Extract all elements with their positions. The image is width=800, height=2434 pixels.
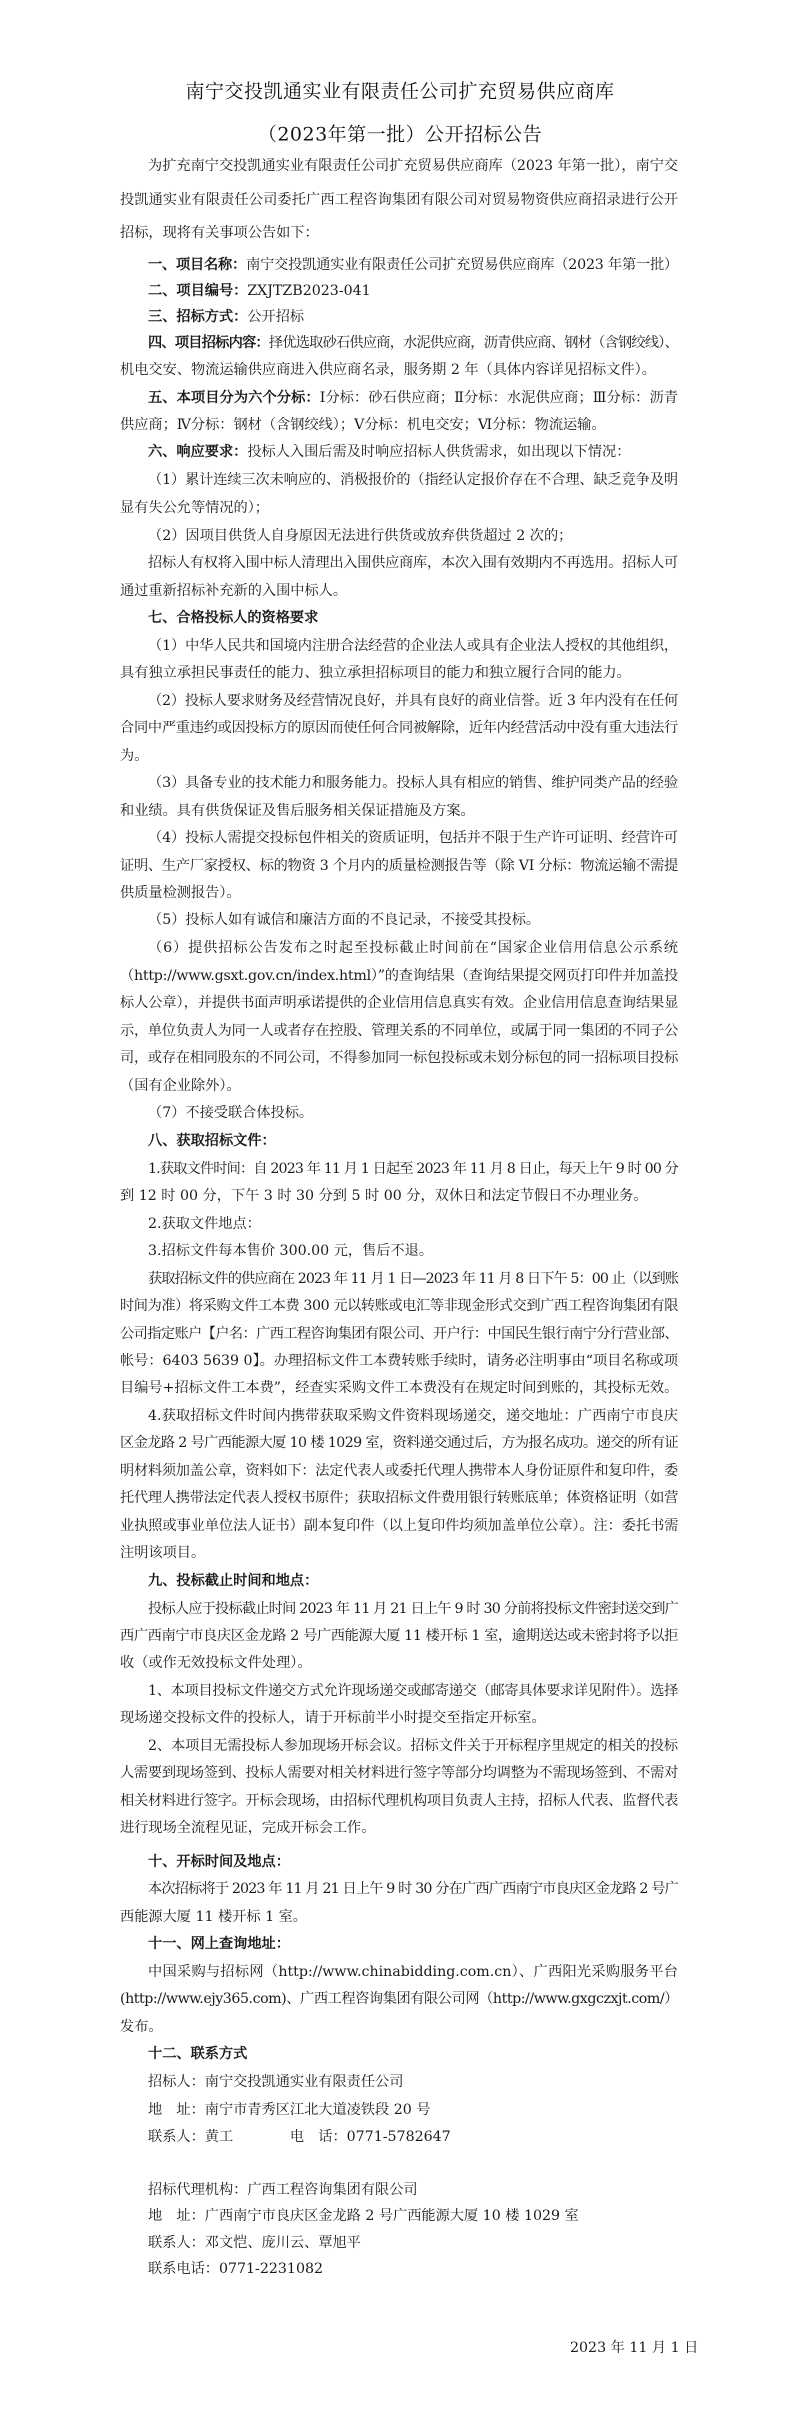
line-text: 联系电话：0771-2231082: [148, 2261, 323, 2277]
line-text: 投标人入围后需及时响应招标人供货需求，如出现以下情况：: [247, 444, 630, 460]
body-text-line: （1）中华人民共和国境内注册合法经营的企业法人或具有企业法人授权的其他组织，: [148, 637, 678, 655]
line-text: 1.获取文件时间：自 2023 年 11 月 1 日起至 2023 年 11 月…: [148, 1161, 678, 1177]
body-text-line: 时间为准）将采购文件工本费 300 元以转账或电汇等非现金形式交到广西工程咨询集…: [120, 1297, 678, 1315]
body-text-line: 地 址：南宁市青秀区江北大道凌铁段 20 号: [148, 2101, 678, 2119]
body-text-line: 现场递交投标文件的投标人，请于开标前半小时提交至指定开标室。: [120, 1709, 678, 1727]
line-text: 人需要到现场签到、投标人需要对相关材料进行签字等部分均调整为不需现场签到、不需对: [120, 1765, 678, 1781]
section-heading: 一、项目名称：: [148, 257, 246, 273]
line-text: 和业绩。具有供货保证及售后服务相关保证措施及方案。: [120, 803, 475, 819]
line-text: 择优选取砂石供应商，水泥供应商，沥青供应商、钢材（含钢绞线）、: [269, 335, 678, 351]
line-text: （5）投标人如有诚信和廉洁方面的不良记录，不接受其投标。: [148, 912, 540, 928]
line-text: 本次招标将于 2023 年 11 月 21 日上午 9 时 30 分在广西广西南…: [148, 1881, 678, 1897]
body-text-line: 中国采购与招标网（http://www.chinabidding.com.cn）…: [148, 1963, 678, 1981]
line-text: 显有失公允等情况的）；: [120, 500, 269, 516]
line-text: 明材料须加盖公章，资料如下：法定代表人或委托代理人携带本人身份证原件和复印件，委: [120, 1463, 678, 1479]
line-text: 2.获取文件地点：: [148, 1216, 261, 1232]
body-text-line: 1.获取文件时间：自 2023 年 11 月 1 日起至 2023 年 11 月…: [148, 1160, 678, 1178]
document-title-line1: 南宁交投凯通实业有限责任公司扩充贸易供应商库: [0, 77, 800, 104]
section-heading-line: 八、获取招标文件：: [148, 1132, 678, 1150]
body-text-line: 证明、生产厂家授权、标的物资 3 个月内的质量检测报告等（除 VI 分标：物流运…: [120, 857, 678, 875]
line-text: 时间为准）将采购文件工本费 300 元以转账或电汇等非现金形式交到广西工程咨询集…: [120, 1298, 678, 1314]
body-text-line: 明材料须加盖公章，资料如下：法定代表人或委托代理人携带本人身份证原件和复印件，委: [120, 1462, 678, 1480]
body-text-line: 地 址：广西南宁市良庆区金龙路 2 号广西能源大厦 10 楼 1029 室: [148, 2207, 678, 2225]
body-text-line: 具有独立承担民事责任的能力、独立承担招标项目的能力和独立履行合同的能力。: [120, 664, 678, 682]
body-text-line: 和业绩。具有供货保证及售后服务相关保证措施及方案。: [120, 802, 678, 820]
line-text: ZXJTZB2023-041: [247, 283, 370, 299]
body-text-line: 获取招标文件的供应商在 2023 年 11 月 1 日—2023 年 11 月 …: [148, 1270, 678, 1288]
body-text-line: 招标人：南宁交投凯通实业有限责任公司: [148, 2073, 678, 2091]
body-text-line: （4）投标人需提交投标包件相关的资质证明，包括并不限于生产许可证明、经营许可: [148, 829, 678, 847]
line-text: 为。: [120, 748, 148, 764]
line-text: Ⅰ分标：砂石供应商；Ⅱ分标：水泥供应商；Ⅲ分标：沥青: [320, 390, 678, 406]
body-text-line: 西能源大厦 11 楼开标 1 室。: [120, 1908, 678, 1926]
line-text: 获取招标文件的供应商在 2023 年 11 月 1 日—2023 年 11 月 …: [148, 1271, 678, 1287]
section-heading: 五、本项目分为六个分标：: [148, 390, 320, 406]
body-text-line: 标人公章），并提供书面声明承诺提供的企业信用信息真实有效。企业信用信息查询结果显: [120, 994, 678, 1012]
line-text: 证明、生产厂家授权、标的物资 3 个月内的质量检测报告等（除 VI 分标：物流运…: [120, 858, 678, 874]
line-text: 中国采购与招标网（http://www.chinabidding.com.cn）…: [148, 1964, 678, 1980]
section-heading-line: 四、项目招标内容：择优选取砂石供应商，水泥供应商，沥青供应商、钢材（含钢绞线）、: [148, 334, 678, 352]
line-text: 供应商；Ⅳ分标：钢材（含钢绞线）；Ⅴ分标：机电交安；Ⅵ分标：物流运输。: [120, 417, 606, 433]
line-text: （1）中华人民共和国境内注册合法经营的企业法人或具有企业法人授权的其他组织，: [148, 638, 678, 654]
body-text-line: 收（或作无效投标文件处理）。: [120, 1654, 678, 1672]
line-text: 联系人：邓文恺、庞川云、覃旭平: [148, 2235, 361, 2251]
body-text-line: 供应商；Ⅳ分标：钢材（含钢绞线）；Ⅴ分标：机电交安；Ⅵ分标：物流运输。: [120, 416, 678, 434]
body-text-line: （国有企业除外）。: [120, 1077, 678, 1095]
line-text: 联系人：黄工 电 话：0771-5782647: [148, 2129, 451, 2145]
line-text: 通过重新招标补充新的入围中标人。: [120, 583, 347, 599]
line-text: 示，单位负责人为同一人或者存在控股、管理关系的不同单位，或属于同一集团的不同子公: [120, 1023, 678, 1039]
line-text: 招标人：南宁交投凯通实业有限责任公司: [148, 2074, 403, 2090]
line-text: 3.招标文件每本售价 300.00 元，售后不退。: [148, 1243, 433, 1259]
body-text-line: 投标人应于投标截止时间 2023 年 11 月 21 日上午 9 时 30 分前…: [148, 1600, 678, 1618]
body-text-line: 2、本项目无需投标人参加现场开标会议。招标文件关于开标程序里规定的相关的投标: [148, 1737, 678, 1755]
section-heading-line: 十一、网上查询地址：: [148, 1935, 678, 1953]
line-text: 区金龙路 2 号广西能源大厦 10 楼 1029 室，资料递交通过后，方为报名成…: [120, 1435, 678, 1451]
line-text: 业执照或事业单位法人证书）副本复印件（以上复印件均须加盖单位公章）。注：委托书需: [120, 1518, 678, 1534]
body-text-line: 人需要到现场签到、投标人需要对相关材料进行签字等部分均调整为不需现场签到、不需对: [120, 1764, 678, 1782]
line-text: （3）具备专业的技术能力和服务能力。投标人具有相应的销售、维护同类产品的经验: [148, 775, 678, 791]
line-text: （2）因项目供货人自身原因无法进行供货或放弃供货超过 2 次的；: [148, 528, 572, 544]
line-text: 地 址：南宁市青秀区江北大道凌铁段 20 号: [148, 2102, 430, 2118]
section-heading: 六、响应要求：: [148, 444, 247, 460]
body-text-line: 托代理人携带法定代表人授权书原件；获取招标文件费用银行转账底单；体资格证明（如营: [120, 1489, 678, 1507]
body-text-line: 示，单位负责人为同一人或者存在控股、管理关系的不同单位，或属于同一集团的不同子公: [120, 1022, 678, 1040]
section-heading: 七、合格投标人的资格要求: [148, 610, 318, 626]
body-text-line: （6）提供招标公告发布之时起至投标截止时间前在“国家企业信用信息公示系统: [148, 939, 678, 957]
section-heading-line: 五、本项目分为六个分标：Ⅰ分标：砂石供应商；Ⅱ分标：水泥供应商；Ⅲ分标：沥青: [148, 389, 678, 407]
section-heading: 十二、联系方式: [148, 2046, 247, 2062]
body-text-line: （1）累计连续三次未响应的、消极报价的（指经认定报价存在不合理、缺乏竞争及明: [148, 471, 678, 489]
body-text-line: （7）不接受联合体投标。: [148, 1104, 678, 1122]
line-text: 发布。: [120, 2019, 163, 2035]
body-text-line: 招标代理机构：广西工程咨询集团有限公司: [148, 2181, 678, 2199]
body-text-line: 招标人有权将入围中标人清理出入围供应商库，本次入围有效期内不再选用。招标人可: [148, 554, 678, 572]
body-text-line: 公司指定账户【户名：广西工程咨询集团有限公司、开户行：中国民生银行南宁分行营业部…: [120, 1325, 678, 1343]
section-heading: 四、项目招标内容：: [148, 335, 269, 351]
body-text-line: （2）因项目供货人自身原因无法进行供货或放弃供货超过 2 次的；: [148, 527, 678, 545]
line-text: 公司指定账户【户名：广西工程咨询集团有限公司、开户行：中国民生银行南宁分行营业部…: [120, 1326, 678, 1342]
body-text-line: 合同中严重违约或因投标方的原因而使任何合同被解除，近年内经营活动中没有重大违法行: [120, 719, 678, 737]
body-text-line: （http://www.gsxt.gov.cn/index.html）”的查询结…: [120, 967, 678, 985]
line-text: 地 址：广西南宁市良庆区金龙路 2 号广西能源大厦 10 楼 1029 室: [148, 2208, 579, 2224]
body-text-line: 发布。: [120, 2018, 678, 2036]
body-text-line: （2）投标人要求财务及经营情况良好，并具有良好的商业信誉。近 3 年内没有在任何: [148, 692, 678, 710]
line-text: 4.获取招标文件时间内携带获取采购文件资料现场递交，递交地址：广西南宁市良庆: [148, 1408, 678, 1424]
line-text: 现场递交投标文件的投标人，请于开标前半小时提交至指定开标室。: [120, 1710, 546, 1726]
section-heading: 十、开标时间及地点：: [148, 1854, 290, 1870]
section-heading: 三、招标方式：: [148, 309, 247, 325]
body-text-line: 4.获取招标文件时间内携带获取采购文件资料现场递交，递交地址：广西南宁市良庆: [148, 1407, 678, 1425]
document-title-line2: （2023年第一批）公开招标公告: [0, 120, 800, 147]
body-text-line: 招标，现将有关事项公告如下：: [120, 224, 678, 242]
body-text-line: 3.招标文件每本售价 300.00 元，售后不退。: [148, 1242, 678, 1260]
line-text: 注明该项目。: [120, 1545, 205, 1561]
section-heading-line: 十、开标时间及地点：: [148, 1853, 678, 1871]
line-text: 公开招标: [247, 309, 304, 325]
line-text: 为扩充南宁交投凯通实业有限责任公司扩充贸易供应商库（2023 年第一批），南宁交: [148, 158, 678, 174]
line-text: 帐号：6403 5639 0】。办理招标文件工本费转账手续时，请务必注明事由“项…: [120, 1353, 678, 1369]
body-text-line: 相关材料进行签字。开标会现场，由招标代理机构项目负责人主持，招标人代表、监督代表: [120, 1792, 678, 1810]
announcement-date: 2023 年 11 月 1 日: [570, 2337, 698, 2357]
body-text-line: 联系电话：0771-2231082: [148, 2260, 678, 2278]
body-text-line: 本次招标将于 2023 年 11 月 21 日上午 9 时 30 分在广西广西南…: [148, 1880, 678, 1898]
line-text: （http://www.gsxt.gov.cn/index.html）”的查询结…: [120, 968, 678, 984]
line-text: 西广西南宁市良庆区金龙路 2 号广西能源大厦 11 楼开标 1 室，逾期送达或未…: [120, 1628, 678, 1644]
line-text: 相关材料进行签字。开标会现场，由招标代理机构项目负责人主持，招标人代表、监督代表: [120, 1793, 678, 1809]
line-text: 招标代理机构：广西工程咨询集团有限公司: [148, 2182, 418, 2198]
line-text: （2）投标人要求财务及经营情况良好，并具有良好的商业信誉。近 3 年内没有在任何: [148, 693, 678, 709]
body-text-line: 显有失公允等情况的）；: [120, 499, 678, 517]
body-text-line: 联系人：邓文恺、庞川云、覃旭平: [148, 2234, 678, 2252]
line-text: 具有独立承担民事责任的能力、独立承担招标项目的能力和独立履行合同的能力。: [120, 665, 631, 681]
body-text-line: 联系人：黄工 电 话：0771-5782647: [148, 2128, 678, 2146]
line-text: （7）不接受联合体投标。: [148, 1105, 313, 1121]
body-text-line: 2.获取文件地点：: [148, 1215, 678, 1233]
body-text-line: 机电交安、物流运输供应商进入供应商名录，服务期 2 年（具体内容详见招标文件）。: [120, 361, 678, 379]
body-text-line: 为扩充南宁交投凯通实业有限责任公司扩充贸易供应商库（2023 年第一批），南宁交: [148, 157, 678, 175]
body-text-line: 区金龙路 2 号广西能源大厦 10 楼 1029 室，资料递交通过后，方为报名成…: [120, 1434, 678, 1452]
line-text: 收（或作无效投标文件处理）。: [120, 1655, 312, 1671]
section-heading-line: 十二、联系方式: [148, 2045, 678, 2063]
line-text: 托代理人携带法定代表人授权书原件；获取招标文件费用银行转账底单；体资格证明（如营: [120, 1490, 678, 1506]
section-heading-line: 三、招标方式：公开招标: [148, 308, 678, 326]
body-text-line: 目编号+招标文件工本费”，经查实采购文件工本费没有在规定时间到账的，其投标无效。: [120, 1379, 678, 1397]
section-heading-line: 六、响应要求：投标人入围后需及时响应招标人供货需求，如出现以下情况：: [148, 443, 678, 461]
line-text: 机电交安、物流运输供应商进入供应商名录，服务期 2 年（具体内容详见招标文件）。: [120, 362, 656, 378]
line-text: 司，或存在相同股东的不同公司，不得参加同一标包投标或未划分标包的同一招标项目投标: [120, 1050, 678, 1066]
body-text-line: 业执照或事业单位法人证书）副本复印件（以上复印件均须加盖单位公章）。注：委托书需: [120, 1517, 678, 1535]
section-heading: 十一、网上查询地址：: [148, 1936, 290, 1952]
body-text-line: 注明该项目。: [120, 1544, 678, 1562]
line-text: 1、本项目投标文件递交方式允许现场递交或邮寄递交（邮寄具体要求详见附件）。选择: [148, 1683, 678, 1699]
section-heading-line: 九、投标截止时间和地点：: [148, 1572, 678, 1590]
section-heading: 九、投标截止时间和地点：: [148, 1573, 318, 1589]
line-text: 合同中严重违约或因投标方的原因而使任何合同被解除，近年内经营活动中没有重大违法行: [120, 720, 678, 736]
line-text: 投凯通实业有限责任公司委托广西工程咨询集团有限公司对贸易物资供应商招录进行公开: [120, 192, 678, 208]
line-text: 西能源大厦 11 楼开标 1 室。: [120, 1909, 307, 1925]
section-heading-line: 一、项目名称：南宁交投凯通实业有限责任公司扩充贸易供应商库（2023 年第一批）: [148, 256, 678, 274]
line-text: 目编号+招标文件工本费”，经查实采购文件工本费没有在规定时间到账的，其投标无效。: [120, 1380, 678, 1396]
body-text-line: (http://www.ejy365.com)、广西工程咨询集团有限公司网（ht…: [120, 1990, 678, 2008]
section-heading-line: 二、项目编号：ZXJTZB2023-041: [148, 282, 678, 300]
line-text: 南宁交投凯通实业有限责任公司扩充贸易供应商库（2023 年第一批）: [246, 257, 678, 273]
body-text-line: 投凯通实业有限责任公司委托广西工程咨询集团有限公司对贸易物资供应商招录进行公开: [120, 191, 678, 209]
line-text: 标人公章），并提供书面声明承诺提供的企业信用信息真实有效。企业信用信息查询结果显: [120, 995, 678, 1011]
line-text: 进行现场全流程见证，完成开标会工作。: [120, 1820, 375, 1836]
section-heading: 八、获取招标文件：: [148, 1133, 276, 1149]
body-text-line: 帐号：6403 5639 0】。办理招标文件工本费转账手续时，请务必注明事由“项…: [120, 1352, 678, 1370]
body-text-line: （3）具备专业的技术能力和服务能力。投标人具有相应的销售、维护同类产品的经验: [148, 774, 678, 792]
line-text: 到 12 时 00 分，下午 3 时 30 分到 5 时 00 分，双休日和法定…: [120, 1188, 647, 1204]
line-text: 招标人有权将入围中标人清理出入围供应商库，本次入围有效期内不再选用。招标人可: [148, 555, 678, 571]
line-text: （4）投标人需提交投标包件相关的资质证明，包括并不限于生产许可证明、经营许可: [148, 830, 678, 846]
body-text-line: 通过重新招标补充新的入围中标人。: [120, 582, 678, 600]
body-text-line: 供质量检测报告）。: [120, 884, 678, 902]
line-text: （6）提供招标公告发布之时起至投标截止时间前在“国家企业信用信息公示系统: [148, 940, 678, 956]
line-text: （国有企业除外）。: [120, 1078, 241, 1094]
line-text: (http://www.ejy365.com)、广西工程咨询集团有限公司网（ht…: [120, 1991, 678, 2007]
line-text: 投标人应于投标截止时间 2023 年 11 月 21 日上午 9 时 30 分前…: [148, 1601, 678, 1617]
body-text-line: （5）投标人如有诚信和廉洁方面的不良记录，不接受其投标。: [148, 911, 678, 929]
line-text: 供质量检测报告）。: [120, 885, 241, 901]
body-text-line: 为。: [120, 747, 678, 765]
line-text: 招标，现将有关事项公告如下：: [120, 225, 319, 241]
body-text-line: 1、本项目投标文件递交方式允许现场递交或邮寄递交（邮寄具体要求详见附件）。选择: [148, 1682, 678, 1700]
body-text-line: 到 12 时 00 分，下午 3 时 30 分到 5 时 00 分，双休日和法定…: [120, 1187, 678, 1205]
section-heading: 二、项目编号：: [148, 283, 247, 299]
line-text: 2、本项目无需投标人参加现场开标会议。招标文件关于开标程序里规定的相关的投标: [148, 1738, 678, 1754]
body-text-line: 西广西南宁市良庆区金龙路 2 号广西能源大厦 11 楼开标 1 室，逾期送达或未…: [120, 1627, 678, 1645]
body-text-line: 司，或存在相同股东的不同公司，不得参加同一标包投标或未划分标包的同一招标项目投标: [120, 1049, 678, 1067]
section-heading-line: 七、合格投标人的资格要求: [148, 609, 678, 627]
line-text: （1）累计连续三次未响应的、消极报价的（指经认定报价存在不合理、缺乏竞争及明: [148, 472, 678, 488]
body-text-line: 进行现场全流程见证，完成开标会工作。: [120, 1819, 678, 1837]
